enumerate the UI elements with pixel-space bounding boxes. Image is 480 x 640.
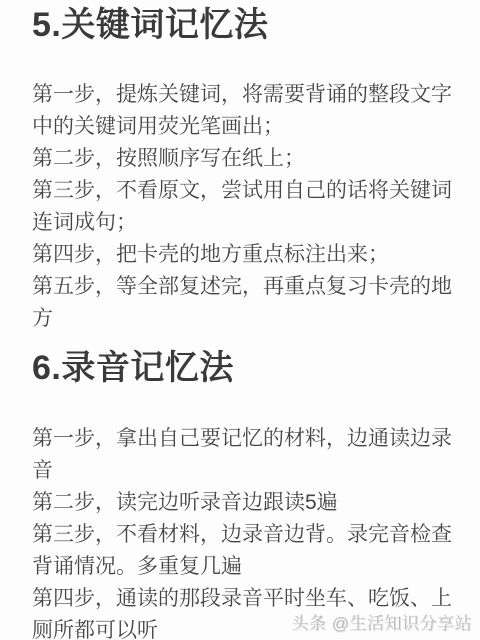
section-5-title: 5.关键词记忆法 [32, 3, 480, 47]
section-6-step-2: 第二步，读完边听录音边跟读5遍 [32, 487, 456, 519]
section-5-step-1: 第一步，提炼关键词，将需要背诵的整段文字中的关键词用荧光笔画出； [32, 79, 456, 143]
memory-methods-article: 5.关键词记忆法 第一步，提炼关键词，将需要背诵的整段文字中的关键词用荧光笔画出… [0, 0, 480, 640]
section-6-title: 6.录音记忆法 [32, 346, 480, 390]
toutiao-watermark: 头条 @生活知识分享站 [292, 609, 472, 634]
section-5-step-3: 第三步，不看原文，尝试用自己的话将关键词连词成句； [32, 175, 456, 239]
section-5-step-4: 第四步，把卡壳的地方重点标注出来； [32, 239, 456, 271]
section-5-step-5: 第五步，等全部复述完，再重点复习卡壳的地方 [32, 271, 456, 335]
section-5-steps: 第一步，提炼关键词，将需要背诵的整段文字中的关键词用荧光笔画出； 第二步，按照顺… [32, 79, 456, 335]
section-5-step-2: 第二步，按照顺序写在纸上； [32, 143, 456, 175]
section-6-step-3: 第三步，不看材料，边录音边背。录完音检查背诵情况。多重复几遍 [32, 519, 456, 583]
section-6-steps: 第一步，拿出自己要记忆的材料，边通读边录音 第二步，读完边听录音边跟读5遍 第三… [32, 423, 456, 640]
section-6-step-1: 第一步，拿出自己要记忆的材料，边通读边录音 [32, 423, 456, 487]
